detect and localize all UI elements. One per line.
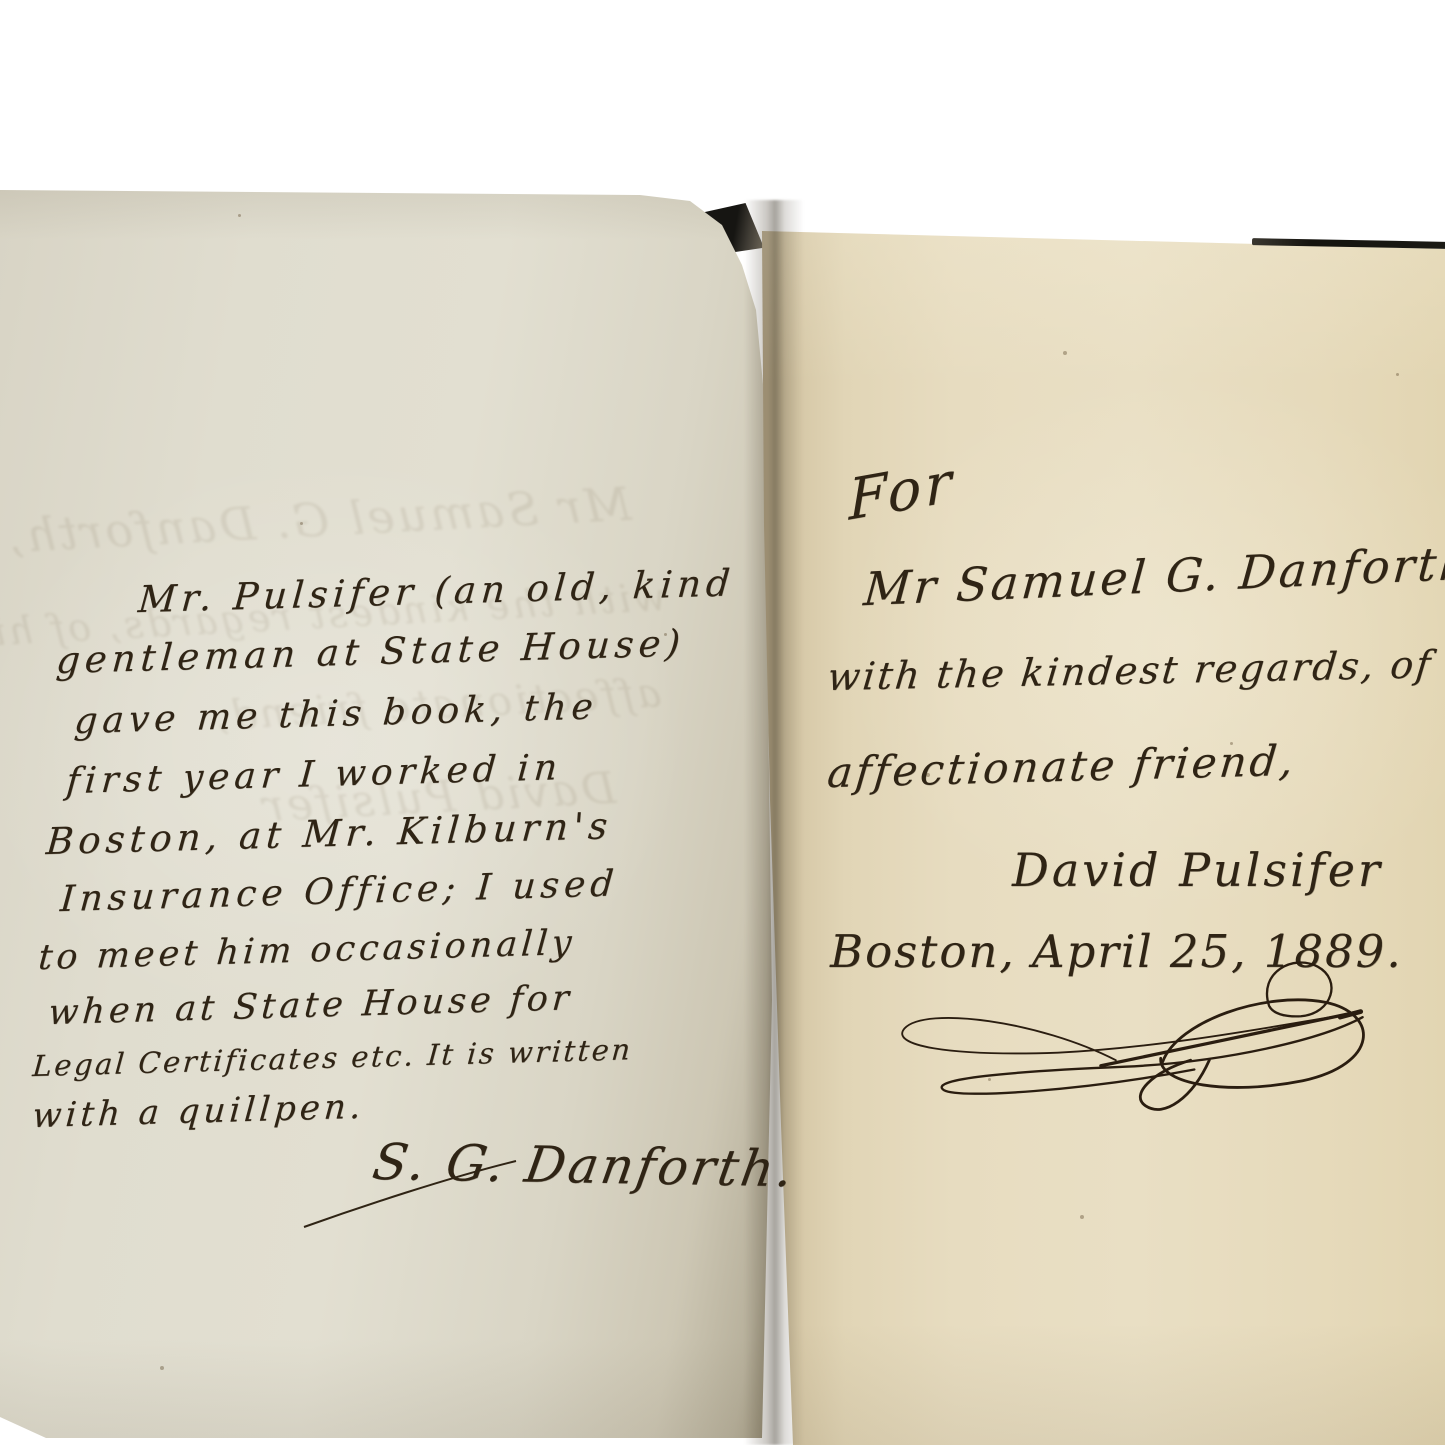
book-photo: Mr Samuel G. Danforth, with the kindest …: [0, 0, 1445, 1445]
paper-speck: [300, 522, 303, 525]
paper-speck: [160, 1366, 164, 1370]
paper-speck: [238, 214, 241, 217]
paper-speck: [1396, 373, 1399, 376]
pen-flourish: [872, 948, 1412, 1163]
right-page: [755, 225, 1445, 1445]
signature-leadin-stroke: [300, 1155, 520, 1235]
paper-speck: [1080, 1215, 1084, 1219]
gutter-shadow: [744, 200, 804, 1445]
signature-david-pulsifer: David Pulsifer: [1012, 843, 1383, 897]
paper-speck: [1063, 351, 1067, 355]
